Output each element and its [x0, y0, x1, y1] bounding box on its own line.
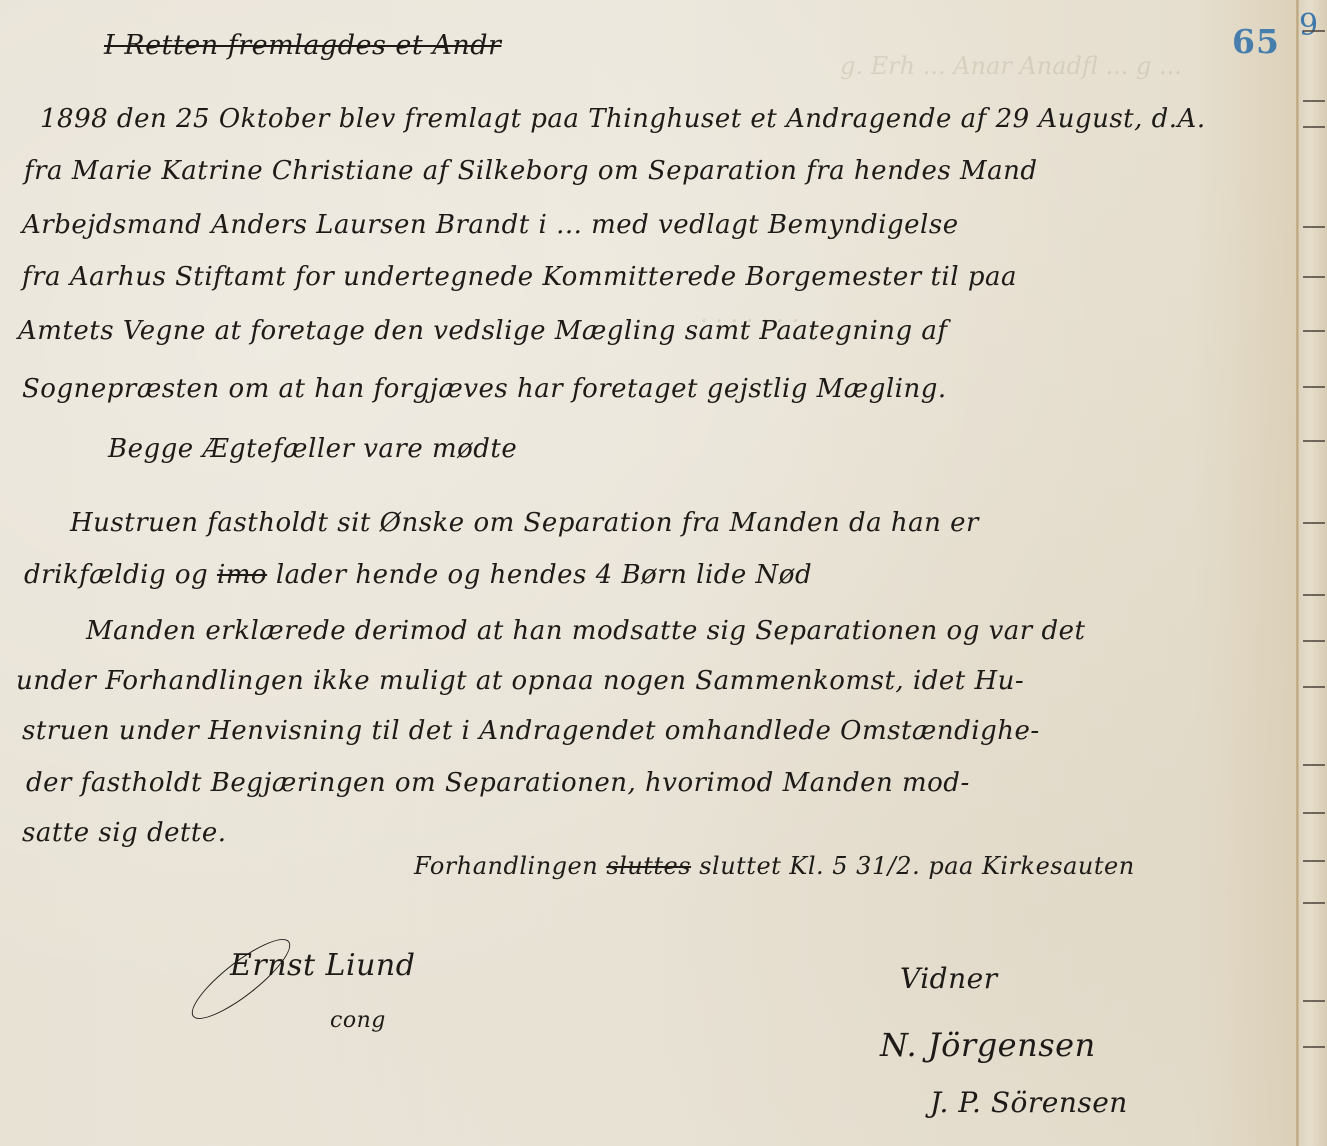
- text-line: satte sig dette.: [22, 818, 227, 848]
- adjacent-line-mark: [1303, 522, 1325, 524]
- text-fragment: Forhandlingen: [414, 852, 606, 880]
- adjacent-line-mark: [1303, 594, 1325, 596]
- witness-signature: J. P. Sörensen: [930, 1086, 1128, 1119]
- adjacent-line-mark: [1303, 30, 1325, 32]
- adjacent-line-mark: [1303, 330, 1325, 332]
- text-line: 1898 den 25 Oktober blev fremlagt paa Th…: [40, 104, 1206, 134]
- text-line-with-strike: drikfældig og imo lader hende og hendes …: [24, 560, 812, 590]
- adjacent-line-mark: [1303, 902, 1325, 904]
- signature-left-subtitle: cong: [330, 1008, 386, 1033]
- text-line: struen under Henvisning til det i Andrag…: [22, 716, 1040, 746]
- text-fragment: lader hende og hendes 4 Børn lide Nød: [267, 560, 812, 590]
- text-fragment: sluttet Kl. 5 31/2. paa Kirkesauten: [691, 852, 1135, 880]
- adjacent-page-number: 9: [1299, 8, 1318, 43]
- closing-line: Forhandlingen sluttes sluttet Kl. 5 31/2…: [414, 852, 1135, 880]
- struck-word: imo: [217, 560, 267, 590]
- witness-signature: N. Jörgensen: [880, 1026, 1096, 1064]
- adjacent-line-mark: [1303, 640, 1325, 642]
- adjacent-line-mark: [1303, 126, 1325, 128]
- text-line: Manden erklærede derimod at han modsatte…: [86, 616, 1085, 646]
- adjacent-line-mark: [1303, 812, 1325, 814]
- text-line: fra Aarhus Stiftamt for undertegnede Kom…: [22, 262, 1017, 292]
- adjacent-line-mark: [1303, 764, 1325, 766]
- bleed-through-text: g. Erh ... Anar Anadfl ... g ...: [840, 52, 1182, 80]
- text-line: Amtets Vegne at foretage den vedslige Mæ…: [18, 316, 948, 346]
- adjacent-line-mark: [1303, 1000, 1325, 1002]
- text-line: der fastholdt Begjæringen om Separatione…: [26, 768, 970, 798]
- witnesses-heading: Vidner: [900, 962, 998, 995]
- text-line: under Forhandlingen ikke muligt at opnaa…: [16, 666, 1024, 696]
- struck-word: sluttes: [606, 852, 691, 880]
- adjacent-line-mark: [1303, 860, 1325, 862]
- signature-left: Ernst Liund: [230, 948, 415, 983]
- adjacent-line-mark: [1303, 686, 1325, 688]
- adjacent-page-edge: 9: [1299, 0, 1327, 1146]
- text-line: Hustruen fastholdt sit Ønske om Separati…: [70, 508, 979, 538]
- text-line: fra Marie Katrine Christiane af Silkebor…: [24, 156, 1037, 186]
- page-number-stamp: 65: [1232, 22, 1280, 61]
- text-line: Begge Ægtefæller vare mødte: [108, 434, 517, 464]
- document-page: g. Erh ... Anar Anadfl ... g ... . . . .…: [0, 0, 1298, 1146]
- text-line: Sognepræsten om at han forgjæves har for…: [22, 374, 947, 404]
- text-line: Arbejdsmand Anders Laursen Brandt i ... …: [22, 210, 959, 240]
- struck-heading: I Retten fremlagdes et Andr: [104, 30, 501, 61]
- adjacent-line-mark: [1303, 386, 1325, 388]
- adjacent-line-mark: [1303, 440, 1325, 442]
- adjacent-line-mark: [1303, 276, 1325, 278]
- adjacent-line-mark: [1303, 226, 1325, 228]
- adjacent-line-mark: [1303, 1046, 1325, 1048]
- text-fragment: drikfældig og: [24, 560, 217, 590]
- adjacent-line-mark: [1303, 100, 1325, 102]
